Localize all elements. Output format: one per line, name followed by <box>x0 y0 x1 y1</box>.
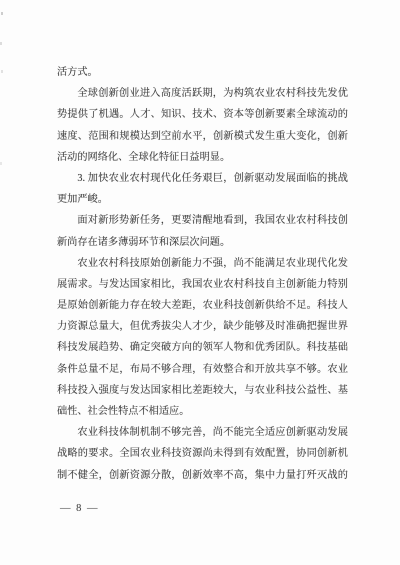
scan-artifact-specks <box>1 12 3 15</box>
text-line: 力资源总量大，但优秀拔尖人才少，缺少能够及时准确把握世界 <box>57 316 348 337</box>
document-page: 活方式。 全球创新创业进入高度活跃期，为构筑农业农村科技先发优 势提供了机遇。人… <box>0 0 400 565</box>
text-line: 是原始创新能力存在较大差距，农业科技创新供给不足。科技人 <box>57 295 348 316</box>
text-line: 展需求。与发达国家相比，我国农业农村科技自主创新能力特别 <box>57 274 348 295</box>
text-line: 农业科技体制机制不够完善，尚不能完全适应创新驱动发展 <box>57 422 348 443</box>
text-line: 科技发展趋势、确定突破方向的领军人物和优秀团队。科技基础 <box>57 337 348 358</box>
text-line: 活方式。 <box>57 62 348 83</box>
text-line: 础性、社会性特点不相适应。 <box>57 401 348 422</box>
text-line: 制不健全，创新资源分散，创新效率不高，集中力量打歼灭战的 <box>57 465 348 486</box>
text-line: 面对新形势新任务，更要清醒地看到，我国农业农村科技创 <box>57 210 348 231</box>
text-line: 势提供了机遇。人才、知识、技术、资本等创新要素全球流动的 <box>57 104 348 125</box>
section-heading-line: 3. 加快农业农村现代化任务艰巨，创新驱动发展面临的挑战 <box>57 168 348 189</box>
text-line: 战略的要求。全国农业科技资源尚未得到有效配置，协同创新机 <box>57 443 348 464</box>
text-line: 速度、范围和规模达到空前水平，创新模式发生重大变化，创新 <box>57 126 348 147</box>
page-number: — 8 — <box>60 503 99 514</box>
text-line: 科技投入强度与发达国家相比差距较大，与农业科技公益性、基 <box>57 380 348 401</box>
text-line: 全球创新创业进入高度活跃期，为构筑农业农村科技先发优 <box>57 83 348 104</box>
text-line: 农业农村科技原始创新能力不强，尚不能满足农业现代化发 <box>57 253 348 274</box>
text-line: 活动的网络化、全球化特征日益明显。 <box>57 147 348 168</box>
text-line: 条件总量不足，布局不够合理，有效整合和开放共享不够。农业 <box>57 359 348 380</box>
text-line: 新尚存在诸多薄弱环节和深层次问题。 <box>57 232 348 253</box>
body-text: 活方式。 全球创新创业进入高度活跃期，为构筑农业农村科技先发优 势提供了机遇。人… <box>57 62 348 486</box>
section-heading-line: 更加严峻。 <box>57 189 348 210</box>
